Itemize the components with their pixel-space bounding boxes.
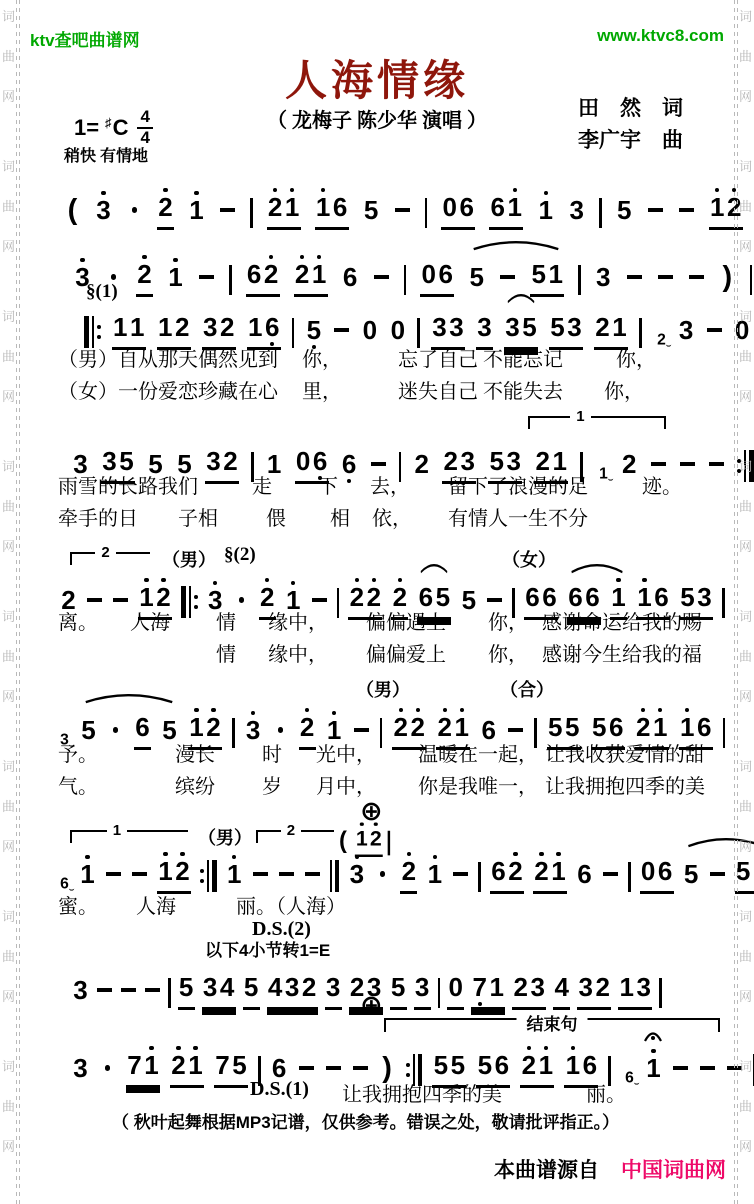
lyric-line: 人海	[136, 890, 176, 919]
lyric-line: 雨雪的长路我们	[58, 470, 198, 499]
watermark-char: 曲	[739, 196, 752, 215]
watermark-char: 网	[739, 86, 752, 105]
note-group: 75	[214, 1038, 248, 1088]
note-token	[326, 1041, 341, 1088]
lyric-line: 偏偏遇上	[366, 606, 446, 635]
lyric-line: 温暖在一起，	[418, 738, 538, 767]
note-token	[453, 847, 468, 894]
lyric-line: 迷失自己 不能失去	[398, 375, 563, 404]
volta-number: 1	[570, 408, 590, 425]
note-token: 1	[427, 847, 442, 894]
note-token: 1	[248, 300, 263, 347]
note-token: 0	[448, 960, 463, 1007]
lyric-line: 偏偏爱上	[366, 638, 446, 667]
volta-number: 1	[107, 822, 127, 839]
note-group: 3	[72, 1041, 89, 1088]
watermark-char: 曲	[739, 796, 752, 815]
watermark-char: 曲	[739, 946, 752, 965]
note-token: 5	[550, 300, 565, 347]
note-token: 3	[326, 960, 341, 1007]
note-token: 3	[349, 847, 364, 894]
note-group: 3	[414, 960, 431, 1010]
notation-line: 611213216221606551	[56, 844, 754, 894]
note-group: 5	[243, 960, 260, 1010]
note-group: 2	[299, 700, 316, 750]
barline	[168, 978, 171, 1008]
note-group	[96, 963, 113, 1010]
note-group: 5	[178, 960, 195, 1010]
note-group: 5	[363, 183, 380, 230]
watermark-char: 网	[2, 386, 15, 405]
watermark-char: 网	[739, 386, 752, 405]
note-group: 21	[267, 180, 301, 230]
watermark-char: 曲	[739, 496, 752, 515]
volta-bracket: 1	[528, 416, 666, 429]
lyric-line: 依，	[372, 502, 412, 531]
watermark-char: 网	[2, 686, 15, 705]
note-group	[678, 183, 695, 230]
note-token: 1	[619, 960, 634, 1007]
lyric-line: 情	[216, 606, 236, 635]
note-token: 1	[316, 180, 331, 227]
note-token	[707, 303, 722, 350]
note-token: 3	[73, 963, 88, 1010]
note-token	[253, 847, 268, 894]
lyric-line: 时	[262, 738, 282, 767]
music-system-1: (32121165066113512	[0, 170, 754, 234]
lyric-line: 蜜。	[58, 890, 98, 919]
lyric-line: 月中，	[316, 770, 376, 799]
note-token: 3	[449, 300, 464, 347]
note-token: 5	[684, 847, 699, 894]
watermark-char: 网	[2, 236, 15, 255]
watermark-char: 词	[2, 6, 15, 25]
note-group: 2	[400, 844, 417, 894]
note-group: 1	[79, 847, 96, 894]
note-token: 2	[521, 1038, 536, 1085]
note-token	[127, 183, 142, 230]
note-group	[120, 963, 137, 1010]
note-token: 2	[349, 570, 364, 617]
note-token: 2	[223, 434, 238, 481]
note-token: 2	[595, 960, 610, 1007]
lyric-line: 人海	[130, 606, 170, 635]
barline	[292, 318, 295, 348]
note-token: 1	[285, 180, 300, 227]
watermark-char: 曲	[2, 796, 15, 815]
note-token: 1	[158, 300, 173, 347]
note-group: 4	[553, 960, 570, 1010]
note-token: 6	[658, 844, 673, 891]
note-group	[144, 963, 161, 1010]
lyric-line: 光中，	[316, 738, 376, 767]
lyric-line: 你，	[616, 343, 656, 372]
note-token: 5	[364, 183, 379, 230]
note-group	[105, 847, 122, 894]
barline	[438, 978, 441, 1008]
note-group: 5	[460, 573, 477, 620]
lyric-line: 缘中，	[268, 606, 328, 635]
barline	[380, 718, 383, 748]
note-token: 4	[220, 960, 235, 1007]
note-group: 32	[577, 960, 611, 1010]
note-token: 1	[113, 300, 128, 347]
note-group: 21	[533, 844, 567, 894]
repeat-close-barline	[200, 860, 217, 892]
note-token: 3	[203, 960, 218, 1007]
note-token	[603, 847, 618, 894]
lyric-line: 让我拥抱四季的美	[342, 1078, 502, 1107]
lyric-line: （女）一份爱恋珍藏在心	[58, 375, 278, 404]
lyric-line: 偎	[266, 502, 286, 531]
note-token: 7	[127, 1038, 142, 1085]
watermark-char: 词	[2, 1056, 15, 1075]
annotation-label: （合）	[500, 676, 554, 702]
note-token: 1	[130, 300, 145, 347]
lyric-line: 去，	[370, 470, 410, 499]
note-token: 3	[477, 300, 492, 347]
note-token: 3	[578, 960, 593, 1007]
lyric-line: 予。	[58, 738, 98, 767]
note-token	[100, 1041, 115, 1088]
note-group	[107, 700, 124, 750]
note-token: 5	[244, 960, 259, 1007]
volta-bracket: 2	[256, 830, 334, 843]
note-token: 2	[534, 844, 549, 891]
watermark-char: 词	[2, 306, 15, 325]
note-token	[132, 847, 147, 894]
note-token	[375, 847, 390, 894]
barline	[232, 718, 235, 748]
note-group	[394, 183, 411, 230]
watermark-char: 词	[739, 6, 752, 25]
watermark-char: 网	[739, 536, 752, 555]
grace-note-group: 1	[598, 457, 614, 485]
lyric-line: 感谢命运给我的赐	[542, 606, 702, 635]
note-token: 2	[414, 437, 429, 484]
music-system-9: 37121756)5556211661D.S.(1)让我拥抱四季的美丽。（ 秋叶…	[0, 1030, 754, 1146]
note-group: 5	[616, 183, 633, 230]
note-token: 2	[508, 844, 523, 891]
note-group: 2	[157, 180, 174, 230]
lyric-line: 牵手的日	[58, 502, 138, 531]
watermark-char: 网	[2, 986, 15, 1005]
note-token: 2	[622, 437, 637, 484]
note-token: 2	[268, 180, 283, 227]
annotation-label: （男）	[162, 546, 216, 572]
note-token	[97, 963, 112, 1010]
barline	[250, 198, 253, 228]
volta-bracket: 2	[70, 552, 150, 565]
note-token: 2	[175, 300, 190, 347]
lyric-line: 漫长	[175, 738, 215, 767]
watermark-char: 网	[739, 836, 752, 855]
note-token: 1	[565, 1038, 580, 1085]
note-group	[672, 1041, 689, 1088]
note-token: 3	[432, 300, 447, 347]
music-system-8: 以下4小节转1=E⊕结束句35345432323530712343213	[0, 936, 754, 1030]
sheet-music-page: 词曲网词曲网词曲网词曲网词曲网词曲网词曲网词曲网 词曲网词曲网词曲网词曲网词曲网…	[0, 0, 754, 1204]
notation-line: (32121165066113512	[64, 180, 754, 230]
barline	[722, 588, 725, 618]
lyric-line: 丽。（人海）	[236, 890, 346, 919]
note-group	[252, 847, 269, 894]
note-token: 6	[625, 1061, 634, 1089]
watermark-char: 曲	[739, 46, 752, 65]
note-group: 3	[348, 847, 365, 894]
note-group: 71	[126, 1038, 160, 1088]
barline	[425, 198, 428, 228]
note-token: 3	[73, 1041, 88, 1088]
note-group: 3	[245, 703, 262, 750]
note-token	[145, 963, 160, 1010]
note-group: 5	[683, 844, 700, 894]
lyric-line: 走	[252, 470, 272, 499]
note-token: 0	[296, 434, 311, 481]
note-token: 5	[461, 573, 476, 620]
note-token	[709, 437, 724, 484]
note-token: 6	[577, 847, 592, 894]
lyric-line: 里，	[302, 375, 342, 404]
lyric-line: 情	[216, 638, 236, 667]
note-token: 2	[175, 844, 190, 891]
lyric-line: 有情人一生不分	[448, 502, 588, 531]
note-group	[304, 847, 321, 894]
lyric-line: 让我拥抱四季的美	[545, 770, 705, 799]
grace-note-group: 6	[624, 1061, 640, 1089]
note-group: 1	[226, 847, 243, 894]
note-group: 06	[640, 844, 674, 894]
note-group: 5	[390, 960, 407, 1010]
note-group: 23	[349, 960, 383, 1010]
barline	[478, 862, 481, 892]
note-group	[219, 183, 236, 230]
note-token: 2	[595, 300, 610, 347]
note-token: 3	[567, 300, 582, 347]
note-token: 0	[362, 303, 377, 350]
music-system-7: ⊕1（男）2(12611213216221606551蜜。人海丽。（人海）D.S…	[0, 798, 754, 938]
watermark-char: 曲	[2, 646, 15, 665]
note-group	[325, 1041, 342, 1088]
lyric-line: 你，	[488, 638, 528, 667]
note-token: 3	[246, 703, 261, 750]
note-group	[278, 847, 295, 894]
score-area: (3212116506611351232162216065513)§(1)111…	[0, 0, 754, 1204]
note-token	[106, 847, 121, 894]
note-group: 3	[72, 963, 89, 1010]
watermark-char: 词	[739, 756, 752, 775]
watermark-char: 曲	[739, 346, 752, 365]
lyric-line: 你，	[604, 375, 644, 404]
watermark-char: 词	[2, 756, 15, 775]
note-token: 6	[342, 437, 357, 484]
watermark-char: 曲	[2, 196, 15, 215]
note-group: 1	[426, 847, 443, 894]
barline	[723, 718, 726, 748]
watermark-char: 网	[739, 1136, 752, 1155]
annotation-label: 以下4小节转1=E	[205, 936, 330, 961]
note-token: 3	[206, 434, 221, 481]
note-group: 0	[447, 960, 464, 1010]
note-token: 2	[656, 323, 665, 351]
watermark-char: 曲	[2, 346, 15, 365]
note-token: 1	[227, 847, 242, 894]
note-token: 2	[158, 180, 173, 227]
note-token: 0	[442, 180, 457, 227]
note-group: 3	[678, 303, 695, 350]
note-token	[648, 183, 663, 230]
note-token: 3	[505, 300, 520, 347]
lyric-line: 忘了自己 不能忘记	[398, 343, 563, 372]
note-group: 12	[157, 844, 191, 894]
note-group: 2	[413, 437, 430, 484]
note-token: 4	[554, 960, 569, 1007]
footer: 本曲谱源自 中国词曲网	[494, 1154, 726, 1184]
note-token: 1	[80, 847, 95, 894]
note-group: 2	[621, 437, 638, 484]
lyric-line: 下	[318, 470, 338, 499]
note-token	[395, 183, 410, 230]
side-rail-left: 词曲网词曲网词曲网词曲网词曲网词曲网词曲网词曲网	[0, 0, 22, 1204]
note-group: 34	[202, 960, 236, 1010]
note-group	[699, 1041, 716, 1088]
note-token: 1	[538, 1038, 553, 1085]
note-token: 3	[285, 960, 300, 1007]
note-group	[99, 1041, 116, 1088]
notation-line: 35345432323530712343213	[72, 960, 662, 1010]
music-system-6: （男）（合）3565123212221655562116予。漫长时光中，温暖在一…	[0, 676, 754, 798]
note-token	[279, 847, 294, 894]
side-rail-right: 词曲网词曲网词曲网词曲网词曲网词曲网词曲网词曲网	[732, 0, 754, 1204]
watermark-char: 网	[2, 1136, 15, 1155]
note-token	[121, 963, 136, 1010]
note-group: 21	[170, 1038, 204, 1088]
note-group: 3	[95, 183, 112, 230]
watermark-char: 网	[739, 686, 752, 705]
note-token: 3	[96, 183, 111, 230]
note-token: 1	[188, 1038, 203, 1085]
note-token: 6	[333, 180, 348, 227]
note-token: 7	[215, 1038, 230, 1085]
note-token	[113, 573, 128, 620]
watermark-char: 曲	[739, 1096, 752, 1115]
barline	[659, 978, 662, 1008]
note-group: 6	[341, 437, 358, 484]
note-group: 13	[618, 960, 652, 1010]
note-token: 3	[569, 183, 584, 230]
note-group	[374, 847, 391, 894]
note-token: 5	[617, 183, 632, 230]
music-system-4: 133555321066223532112雨雪的长路我们走下去，留下了浪漫的足迹…	[0, 408, 754, 538]
note-token: 5	[522, 300, 537, 347]
footer-prefix: 本曲谱源自	[494, 1154, 599, 1184]
note-group: 61	[489, 180, 523, 230]
note-group	[112, 573, 129, 620]
note-token: (	[65, 183, 80, 230]
segno-mark: §(2)	[224, 544, 256, 566]
note-group: 62	[490, 844, 524, 894]
watermark-char: 词	[2, 606, 15, 625]
note-group: 16	[315, 180, 349, 230]
note-token	[673, 1041, 688, 1088]
note-group	[452, 847, 469, 894]
note-token: 7	[472, 960, 487, 1007]
note-group: 23	[512, 960, 546, 1010]
note-token: 2	[350, 960, 365, 1007]
watermark-char: 曲	[739, 646, 752, 665]
note-group	[647, 183, 664, 230]
barline	[337, 588, 340, 618]
music-system-3: §(1)111232165003333553212300（男）自从那天偶然见到你…	[0, 283, 754, 407]
repeat-open-barline	[181, 586, 198, 618]
lyric-line: 感谢今生给我的福	[542, 638, 702, 667]
watermark-char: 词	[739, 606, 752, 625]
note-token: 6	[265, 300, 280, 347]
note-token: 1	[710, 180, 725, 227]
lyric-line: 岁	[262, 770, 282, 799]
note-group	[708, 437, 725, 484]
final-barline	[330, 860, 340, 892]
note-token: 2	[300, 700, 315, 747]
note-token	[700, 1041, 715, 1088]
note-group: 6	[134, 700, 151, 750]
note-token: 3	[415, 960, 430, 1007]
lyric-line: 丽。	[586, 1078, 626, 1107]
note-token	[679, 183, 694, 230]
volta-number: 2	[281, 822, 301, 839]
lyric-line: 迹。	[642, 470, 682, 499]
note-group: 1	[645, 1041, 662, 1088]
volta-number: 2	[95, 544, 115, 561]
note-group: 0	[361, 303, 378, 350]
note-group	[131, 847, 148, 894]
note-token: 3	[530, 960, 545, 1007]
note-group: (	[64, 183, 81, 230]
watermark-char: 网	[2, 836, 15, 855]
watermark-char: 网	[2, 86, 15, 105]
lyric-line: 离。	[58, 606, 98, 635]
note-token: 0	[641, 844, 656, 891]
lyric-line: 缤纷	[175, 770, 215, 799]
music-system-5: 2（男）§(2)（女）212321222655666611653离。人海情缘中，…	[0, 540, 754, 670]
note-token	[710, 847, 725, 894]
note-token: 1	[158, 844, 173, 891]
note-token: 1	[612, 300, 627, 347]
annotation-label: （男）	[356, 676, 410, 702]
note-group	[709, 844, 726, 894]
watermark-char: 词	[739, 156, 752, 175]
barline	[599, 198, 602, 228]
note-token: 6	[135, 700, 150, 747]
note-token: 1	[599, 457, 608, 485]
watermark-char: 词	[2, 156, 15, 175]
note-group: 3	[568, 183, 585, 230]
lyric-line: 子相	[178, 502, 218, 531]
lyric-line: 你是我唯一，	[418, 770, 538, 799]
lyric-line: 相	[330, 502, 350, 531]
note-token	[220, 183, 235, 230]
note-group: 21	[520, 1038, 554, 1088]
note-group	[126, 183, 143, 230]
dal-segno-label: D.S.(1)	[250, 1078, 309, 1101]
note-token: 5	[179, 960, 194, 1007]
watermark-char: 曲	[2, 946, 15, 965]
watermark-char: 网	[739, 236, 752, 255]
note-token: 2	[513, 960, 528, 1007]
footer-brand-link[interactable]: 中国词曲网	[621, 1154, 726, 1184]
note-token: 2	[393, 700, 408, 747]
watermark-char: 词	[739, 906, 752, 925]
